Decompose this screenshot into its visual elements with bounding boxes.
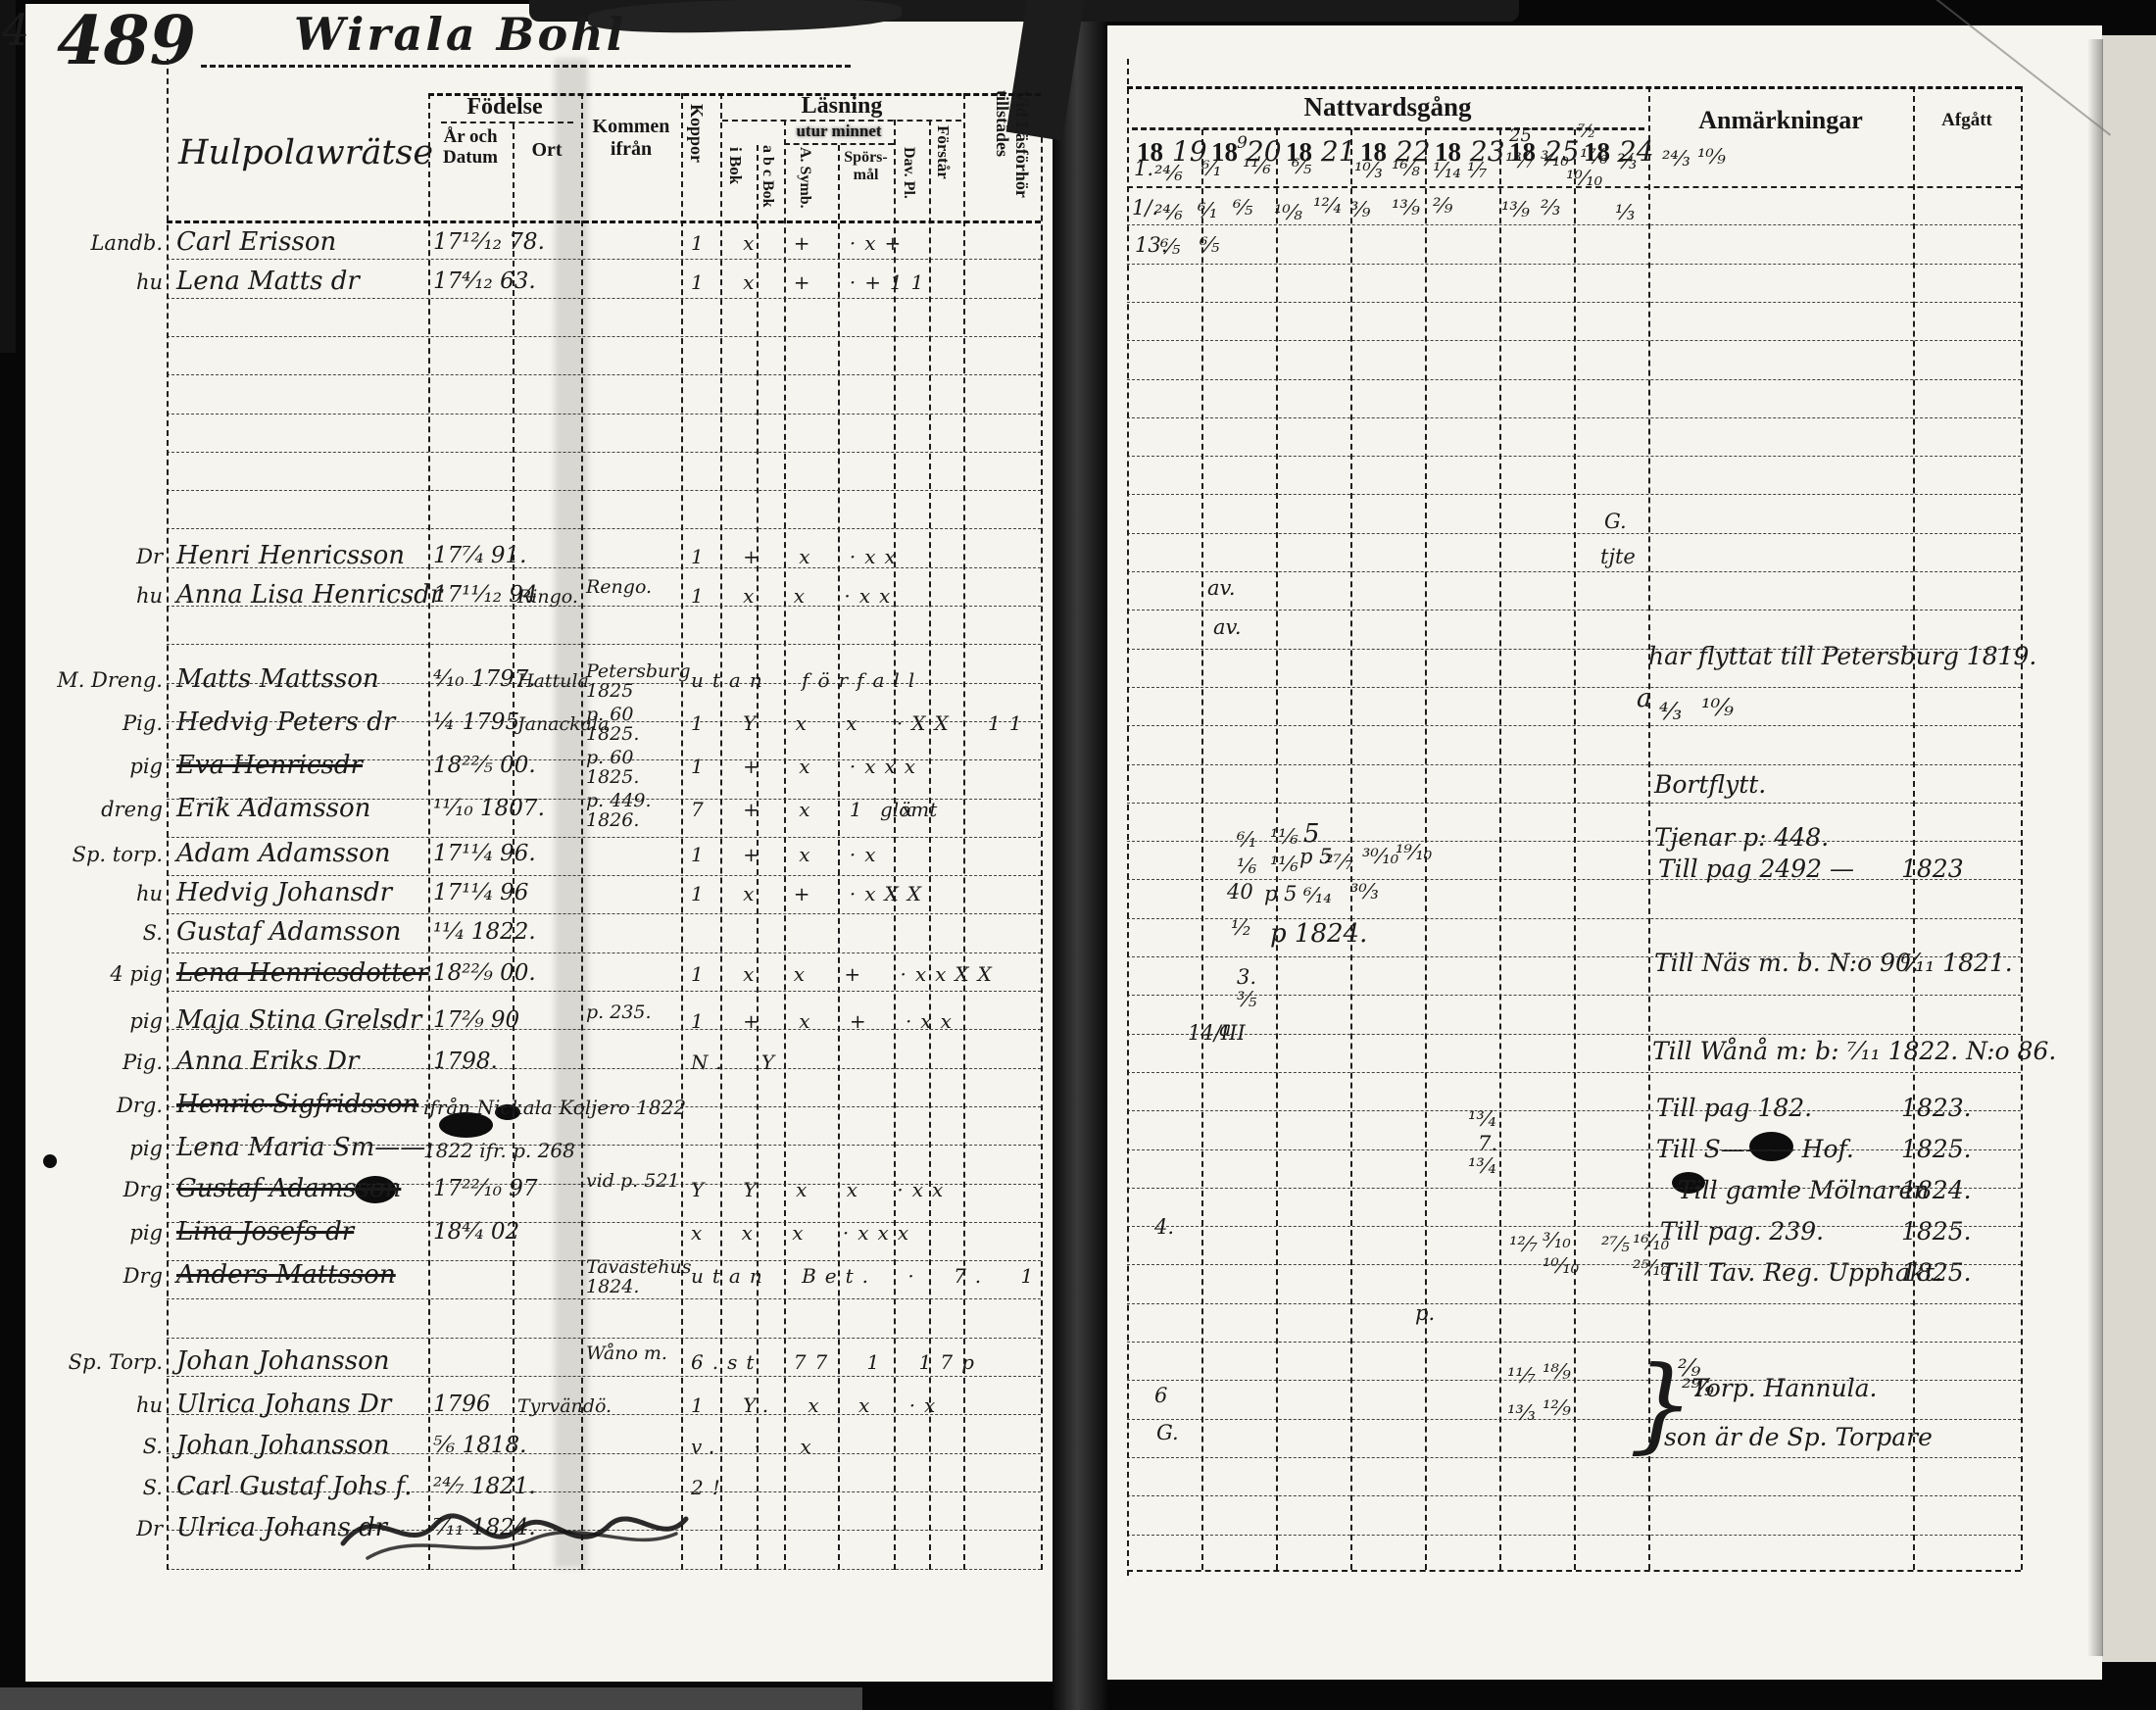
grid-line xyxy=(1127,86,2021,89)
handwritten-mark: 6 xyxy=(1154,1384,1167,1407)
header-i-bok: i Bok xyxy=(725,147,745,220)
handwritten-mark: ¹⁰⁄₃ xyxy=(1354,159,1383,182)
entry-birth-date: 18²²⁄₅ 00. xyxy=(433,753,536,778)
header-sporsmal: Spörs- mål xyxy=(838,149,894,185)
grid-row-line xyxy=(167,953,1041,953)
handwritten-mark: ²⁷⁄₅ xyxy=(1601,1233,1630,1256)
grid-row-line xyxy=(167,490,1041,491)
entry-name: Lena Henricsdotter xyxy=(176,958,429,988)
page-number: 489 xyxy=(57,2,196,80)
handwritten-mark: G. xyxy=(1156,1421,1179,1444)
handwritten-mark: G. xyxy=(1604,510,1627,533)
grid-row-line xyxy=(167,336,1041,337)
entry-reading-marks: 1 x x ·xx xyxy=(691,584,899,608)
entry-birth-place: Ringo. xyxy=(517,586,578,608)
handwritten-mark: ⁷⁄₂ xyxy=(1578,122,1594,142)
handwritten-mark: ⁶⁄₁₄ xyxy=(1303,884,1332,907)
grid-row-line xyxy=(1127,1226,2021,1227)
handwritten-mark: ¹³⁄₃ xyxy=(1507,1401,1536,1425)
annotation-year: 1825. xyxy=(1901,1135,1972,1163)
grid-row-line xyxy=(1127,533,2021,534)
entry-came-from: p. 60 1825. xyxy=(586,749,680,788)
handwritten-mark: ¹⁸⁄₉ xyxy=(1543,1360,1571,1384)
handwritten-mark: ¹⁰⁄₈ xyxy=(1274,201,1302,224)
entry-margin-status: hu xyxy=(55,584,163,608)
entry-name: Henric Sigfridsson xyxy=(176,1090,418,1119)
entry-margin-status: S. xyxy=(55,1476,163,1499)
handwritten-mark: ⁶⁄₅ xyxy=(1160,235,1180,259)
entry-margin-status: S. xyxy=(55,1435,163,1458)
entry-came-from: p. 60 1825. xyxy=(586,706,680,745)
handwritten-mark: ⁶⁄₅ xyxy=(1200,233,1219,257)
grid-row-line xyxy=(167,374,1041,375)
handwritten-mark: ¹⁰⁄₉ xyxy=(1697,145,1726,169)
grid-line xyxy=(681,93,683,1570)
entry-birth-date: 1798. xyxy=(433,1049,498,1074)
handwritten-mark: 4 xyxy=(2,6,29,56)
entry-reading-marks: 1 x + ·+11 xyxy=(691,270,932,294)
entry-reading-marks: 1 x x + ·xxXX xyxy=(691,962,1001,986)
grid-row-line xyxy=(1127,340,2021,341)
grid-row-line xyxy=(167,1376,1041,1377)
handwritten-mark: ²⁄₃ xyxy=(1541,196,1560,220)
grid-line xyxy=(1499,129,1501,1570)
handwritten-mark: ¹⁄₇ xyxy=(1467,159,1487,182)
grid-line xyxy=(720,93,722,1570)
grid-line xyxy=(428,93,1041,96)
entry-name: Gustaf Adamsson xyxy=(176,917,401,947)
handwritten-mark: 3. xyxy=(1237,965,1256,989)
annotation-text: Till pag 182. xyxy=(1656,1094,1812,1122)
annotation-text: Torp. Hannula. xyxy=(1691,1374,1878,1402)
grid-row-line xyxy=(1127,494,2021,495)
header-ort: Ort xyxy=(513,139,581,162)
entry-margin-status: Drg. xyxy=(55,1094,163,1117)
handwritten-mark: av. xyxy=(1213,615,1242,639)
entry-name: Johan Johansson xyxy=(176,1346,389,1376)
entry-birth-date: 17⁷⁄₄ 91. xyxy=(433,543,526,568)
handwritten-mark: av. xyxy=(1207,576,1236,600)
handwritten-mark: a xyxy=(1637,684,1652,713)
annotation-text: Till Wånå m: b: ⁷⁄₁₁ 1822. N:o 86. xyxy=(1652,1037,2056,1065)
grid-row-line xyxy=(1127,803,2021,804)
handwritten-mark: 4. xyxy=(1154,1215,1174,1239)
handwritten-mark: 7. xyxy=(1478,1132,1497,1155)
annotation-year: 1823. xyxy=(1901,1094,1972,1122)
entry-name: Gustaf Adamsson xyxy=(176,1174,401,1203)
annotation-year: 1825. xyxy=(1901,1258,1972,1287)
entry-name: Anders Mattsson xyxy=(176,1260,396,1290)
grid-row-line xyxy=(1127,1535,2021,1536)
handwritten-mark: ³⁄₉ xyxy=(1350,198,1370,221)
grid-row-line xyxy=(167,1569,1041,1570)
handwritten-mark: ¹³⁄₉ xyxy=(1392,196,1420,220)
entry-birth-date: 17¹¹⁄₄ 96 xyxy=(433,880,528,905)
handwritten-mark: ³⁄₁₀ xyxy=(1541,147,1569,171)
handwritten-mark: ²⁄₉ xyxy=(1433,194,1452,218)
handwritten-mark: ¹⁶⁄₁₀ xyxy=(1633,1231,1669,1254)
page-title: Wirala Bohl xyxy=(294,8,626,61)
handwritten-mark: ¹⁰⁄₁₀ xyxy=(1543,1254,1579,1278)
entry-came-from: p. 235. xyxy=(586,1003,680,1023)
handwritten-mark: ¹²⁄₇ xyxy=(1509,1233,1538,1256)
nattvardsgang-underline xyxy=(1132,127,1644,130)
annotation-text: har flyttat till Petersburg 1819. xyxy=(1648,642,2036,670)
handwritten-mark: 25 xyxy=(1509,125,1532,146)
header-anmarkningar: Anmärkningar xyxy=(1648,106,1913,135)
grid-row-line xyxy=(1127,379,2021,380)
grid-row-line xyxy=(167,913,1041,914)
entry-name: Maja Stina Grelsdr xyxy=(176,1005,421,1035)
annotation-text: Till Tav. Reg. Upphakt. xyxy=(1660,1258,1942,1287)
handwritten-mark: ²⁴⁄₆ xyxy=(1154,201,1183,224)
entry-birth-date: ⁵⁄₆ 1818. xyxy=(433,1433,526,1458)
entry-birth-place: Hattula xyxy=(517,670,589,692)
entry-reading-marks: 1 Y x x ·XX 11 xyxy=(691,711,1031,735)
grid-row-line xyxy=(1127,456,2021,457)
entry-birth-date: ¹¹⁄₄ 1822. xyxy=(433,919,536,945)
handwritten-mark: 14/III xyxy=(1188,1021,1246,1045)
entry-name: Hedvig Peters dr xyxy=(176,708,395,737)
gutter-shadow xyxy=(1053,0,1107,1710)
entry-margin-status: S. xyxy=(55,921,163,945)
grid-line xyxy=(428,93,430,1570)
entry-reading-marks: 1 Y. x x ·x xyxy=(691,1393,944,1417)
handwritten-mark: p 1824. xyxy=(1270,919,1367,949)
entry-name: Matts Mattsson xyxy=(176,664,379,694)
annotation-text: Till Näs m. b. N:o 90. xyxy=(1654,949,1919,977)
grid-row-line xyxy=(1127,764,2021,765)
annotation-text: Till pag. 239. xyxy=(1660,1217,1824,1246)
header-kommen-ifran: Kommen ifrån xyxy=(581,116,681,161)
ink-scribble xyxy=(338,1490,691,1568)
entry-reading-marks: x x x ·xxx xyxy=(691,1221,917,1245)
handwritten-mark: ⁶⁄₁ xyxy=(1237,828,1256,852)
handwritten-mark: ⁶⁄₅ xyxy=(1292,155,1311,178)
header-fodelse: Födelse xyxy=(428,94,581,121)
household-header: Hulpolawrätse xyxy=(178,133,433,172)
entry-reading-marks: 1 + x + ·xx xyxy=(691,1009,960,1033)
entry-name: Lena Matts dr xyxy=(176,267,360,296)
entry-came-from: p. 449. 1826. xyxy=(586,792,680,831)
title-underline xyxy=(201,65,851,68)
entry-birth-date: 17²²⁄₁₀ 97 xyxy=(433,1176,538,1201)
header-utur-minnet: utur minnet xyxy=(784,122,894,141)
entry-name: Eva Henricsdr xyxy=(176,751,363,780)
header-nattvardsgang: Nattvardsgång xyxy=(1127,92,1648,122)
entry-name: Hedvig Johansdr xyxy=(176,878,392,907)
grid-row-line xyxy=(1127,1342,2021,1343)
grid-row-line xyxy=(167,259,1041,260)
entry-reading-marks: 2! xyxy=(691,1476,729,1499)
handwritten-mark: ¹³⁄₄ xyxy=(1468,1154,1496,1178)
handwritten-mark: ³⁄₁₀ xyxy=(1543,1229,1571,1252)
annotation-year: 1823 xyxy=(1901,855,1964,883)
header-vid-lasforhor: Vid Läsförhör tillstädes xyxy=(976,90,1031,218)
grid-line xyxy=(167,220,1041,223)
header-ar-och-datum: År och Datum xyxy=(428,127,513,169)
entry-reading-marks: N. Y xyxy=(691,1050,783,1074)
grid-row-line xyxy=(1127,1110,2021,1111)
handwritten-mark: ²⁵⁄₁₀ xyxy=(1633,1256,1669,1280)
annotation-text: Till pag 2492 — xyxy=(1658,855,1854,883)
entry-birth-date: 17¹¹⁄₄ 96. xyxy=(433,841,536,866)
handwritten-mark: ¹⁹⁄₁₀ xyxy=(1396,841,1432,864)
grid-row-line xyxy=(1127,264,2021,265)
handwritten-mark: ¹³⁄₇ xyxy=(1505,149,1534,172)
handwritten-mark: 40 xyxy=(1227,880,1253,904)
header-forstar: Förstår xyxy=(933,125,953,220)
annotation-year: 1825. xyxy=(1901,1217,1972,1246)
handwritten-mark: a xyxy=(1219,1017,1232,1041)
entry-reading-marks: 1 x + ·xXX xyxy=(691,882,930,905)
grid-row-line xyxy=(167,644,1041,645)
entry-birth-date: ¼ 1795 xyxy=(433,709,519,735)
handwritten-mark: ⁴⁄₃ xyxy=(1659,698,1682,725)
handwritten-mark: ¹¹⁄₆ xyxy=(1243,155,1271,178)
grid-row-line xyxy=(1127,1457,2021,1458)
entry-birth-date: 1796 xyxy=(433,1392,491,1417)
header-lasning: Läsning xyxy=(720,93,963,120)
entry-margin-status: pig xyxy=(55,1221,163,1245)
handwritten-mark: ¹⁰⁄₉ xyxy=(1701,694,1734,721)
handwritten-mark: ³⁄₅ xyxy=(1237,988,1256,1011)
annotation-text: Till gamle Mölnaren xyxy=(1678,1176,1929,1204)
header-afgatt: Afgått xyxy=(1913,110,2021,131)
grid-row-line xyxy=(167,991,1041,992)
annotation-text: Bortflytt. xyxy=(1654,770,1766,799)
entry-birth-date: 18²²⁄₉ 00. xyxy=(433,960,536,986)
entry-margin-status: Dr xyxy=(55,1517,163,1540)
handwritten-mark: ¹³⁄₄ xyxy=(1468,1107,1496,1131)
bottom-band xyxy=(0,1687,862,1710)
handwritten-mark: ¹⁰⁄₁₀ xyxy=(1566,167,1602,190)
handwritten-mark: ¹²⁄₄ xyxy=(1313,194,1342,218)
grid-line xyxy=(1574,129,1576,1570)
grid-line xyxy=(1127,59,1129,1576)
entry-name: Carl Erisson xyxy=(176,227,336,257)
entry-margin-status: pig xyxy=(55,755,163,778)
grid-line xyxy=(1350,129,1352,1570)
right-page xyxy=(1105,25,2102,1680)
grid-row-line xyxy=(1127,417,2021,418)
entry-margin-status: hu xyxy=(55,882,163,905)
grid-row-line xyxy=(1127,224,2021,225)
grid-row-line xyxy=(1127,687,2021,688)
handwritten-mark: ¹³⁄₉ xyxy=(1501,198,1530,221)
handwritten-mark: ¹¹⁄₆ xyxy=(1270,853,1298,876)
grid-line xyxy=(1127,1570,2021,1572)
grid-row-line xyxy=(1127,1380,2021,1381)
handwritten-mark: ³⁰⁄₁₀ xyxy=(1362,845,1398,868)
entry-birth-date: 17⁴⁄₁₂ 63. xyxy=(433,269,536,294)
entry-name: Lena Maria Sm—— xyxy=(176,1133,425,1162)
entry-name: Henri Henricsson xyxy=(176,541,405,570)
entry-margin-status: Dr xyxy=(55,545,163,568)
header-a-symb: A. Symb. xyxy=(796,147,813,220)
grid-line xyxy=(1276,129,1278,1570)
handwritten-mark: 9 xyxy=(1237,133,1248,153)
entry-reading-marks: utan förfall xyxy=(691,668,923,692)
grid-line xyxy=(167,59,169,1570)
entry-margin-status: dreng xyxy=(55,798,163,821)
grid-row-line xyxy=(167,1298,1041,1299)
handwritten-mark: ¹⁄₆ xyxy=(1237,855,1256,878)
entry-came-from: Wåno m. xyxy=(586,1344,680,1364)
grid-row-line xyxy=(167,875,1041,876)
annotation-year: ⁶⁄₁₁ 1821. xyxy=(1901,949,2013,977)
entry-birth-date: 17¹²⁄₁₂ 78. xyxy=(433,229,545,255)
handwritten-mark: ¹¹⁄₆ xyxy=(1270,825,1298,849)
entry-reading-marks: 1 + x ·xx xyxy=(691,545,905,568)
handwritten-mark: ³⁰⁄₃ xyxy=(1350,880,1379,904)
year-handwritten: 21 xyxy=(1312,135,1356,168)
entry-margin-status: Drg xyxy=(55,1264,163,1288)
grid-row-line xyxy=(167,452,1041,453)
entry-reading-marks: 1 + x ·x xyxy=(691,843,884,866)
handwritten-mark: ¹¹⁄₇ xyxy=(1507,1364,1536,1388)
entry-came-from: Rengo. xyxy=(586,578,680,598)
entry-birth-place: Tyrvändö. xyxy=(517,1395,612,1417)
grid-row-line xyxy=(1127,1303,2021,1304)
grid-row-line xyxy=(1127,841,2021,842)
entry-name: Anna Lisa Henricsdr xyxy=(176,580,442,610)
grid-row-line xyxy=(167,414,1041,415)
handwritten-mark: } xyxy=(1629,1344,1694,1464)
header-koppor: Koppor xyxy=(686,104,707,221)
annotation-text: Till S——— Hof. xyxy=(1656,1135,1854,1163)
grid-row-line xyxy=(1127,571,2021,572)
entry-birth-date: ¹¹⁄₁₀ 1807. xyxy=(433,796,545,821)
entry-margin-status: Pig. xyxy=(55,1050,163,1074)
handwritten-mark: p. xyxy=(1415,1301,1435,1325)
handwritten-mark: ¹⁄₂ xyxy=(1231,916,1250,940)
handwritten-mark: ¹⁄₃ xyxy=(1615,201,1635,224)
entry-reading-marks: 6.st 77 1 17p xyxy=(691,1350,983,1374)
entry-reading-marks: utan Bet. · 7. 1 xyxy=(691,1264,1042,1288)
grid-row-line xyxy=(167,1338,1041,1339)
entry-reading-marks: 1 x + ·x+ xyxy=(691,231,909,255)
entry-name: Adam Adamsson xyxy=(176,839,391,868)
handwritten-mark: ²⁴⁄₆ xyxy=(1154,162,1183,185)
grid-row-line xyxy=(1127,725,2021,726)
grid-row-line xyxy=(1127,1072,2021,1073)
entry-name: Anna Eriks Dr xyxy=(176,1047,359,1076)
handwritten-mark: ¹⁄₁₄ xyxy=(1433,159,1461,182)
annotation-year: 1824. xyxy=(1901,1176,1972,1204)
entry-margin-status: hu xyxy=(55,1393,163,1417)
grid-line xyxy=(1201,129,1203,1570)
grid-row-line xyxy=(1127,1495,2021,1496)
handwritten-mark: ⁶⁄₁ xyxy=(1198,199,1217,222)
entry-name: Ulrica Johans Dr xyxy=(176,1390,391,1419)
entry-name: Erik Adamsson xyxy=(176,794,370,823)
entry-came-from: vid p. 521 xyxy=(586,1172,680,1192)
entry-reading-marks: Y Y x x ·xx xyxy=(691,1178,952,1201)
fodelse-underline xyxy=(441,122,573,123)
grid-line xyxy=(581,93,583,1570)
entry-birth-date: 18⁴⁄₄ 02 xyxy=(433,1219,519,1245)
entry-note: ifrån Nickala Koljero 1822 xyxy=(423,1096,686,1119)
grid-row-line xyxy=(1127,918,2021,919)
entry-came-from: Petersburg 1825 xyxy=(586,662,680,702)
entry-margin-status: 4 pig xyxy=(55,962,163,986)
annotation-text: son är de Sp. Torpare xyxy=(1664,1423,1933,1451)
entry-note: 1822 ifr. p. 268 xyxy=(423,1139,575,1162)
grid-row-line xyxy=(1127,302,2021,303)
grid-line xyxy=(963,93,965,1570)
grid-row-line xyxy=(1127,1419,2021,1420)
handwritten-mark: 1. xyxy=(1134,157,1153,180)
handwritten-mark: ¹⁷⁄₆ xyxy=(1580,145,1608,169)
entry-margin-status: M. Dreng. xyxy=(55,668,163,692)
grid-row-line xyxy=(167,837,1041,838)
entry-margin-status: Sp. torp. xyxy=(55,843,163,866)
handwritten-mark: ⁶⁄₁ xyxy=(1201,157,1221,180)
grid-row-line xyxy=(167,528,1041,529)
entry-came-from: Tavastehus 1824. xyxy=(586,1258,680,1297)
scanned-parish-register-spread: 489 Wirala Bohl Hulpolawrätse Födelse År… xyxy=(0,0,2156,1710)
entry-name: Johan Johansson xyxy=(176,1431,389,1460)
right-page-edge xyxy=(2102,35,2156,1662)
handwritten-mark: tjte xyxy=(1600,545,1636,568)
grid-row-line xyxy=(1127,1034,2021,1035)
grid-row-line xyxy=(1127,995,2021,996)
handwritten-mark: ²⁄₃ xyxy=(1617,150,1637,173)
entry-reading-marks: v. · x xyxy=(691,1435,820,1458)
grid-row-line xyxy=(1127,610,2021,611)
entry-margin-status: pig xyxy=(55,1009,163,1033)
handwritten-mark: ⁶⁄₅ xyxy=(1233,196,1252,220)
grid-row-line xyxy=(1127,879,2021,880)
handwritten-mark: ²⁴⁄₃ xyxy=(1662,147,1690,171)
entry-margin-status: pig xyxy=(55,1137,163,1160)
grid-line xyxy=(2021,86,2023,1570)
entry-extra-note: glömt xyxy=(880,798,937,821)
handwritten-mark: ¹⁶⁄₈ xyxy=(1392,157,1420,180)
handwritten-mark: p 5 xyxy=(1264,882,1297,905)
header-abc-bok: a b c Bok xyxy=(759,145,776,221)
entry-margin-status: Pig. xyxy=(55,711,163,735)
grid-row-line xyxy=(167,298,1041,299)
entry-margin-status: Landb. xyxy=(55,231,163,255)
entry-name: Lina Josefs dr xyxy=(176,1217,354,1246)
handwritten-mark: ²⁷⁄₇ xyxy=(1325,851,1353,874)
grid-line xyxy=(1913,86,1915,1570)
grid-line xyxy=(1041,59,1043,1570)
entry-margin-status: hu xyxy=(55,270,163,294)
entry-margin-status: Drg xyxy=(55,1178,163,1201)
grid-row-line xyxy=(1127,1149,2021,1150)
entry-reading-marks: 1 + x ·xxx xyxy=(691,755,924,778)
handwritten-mark: ¹²⁄₉ xyxy=(1543,1396,1571,1420)
entry-margin-status: Sp. Torp. xyxy=(55,1350,163,1374)
header-dav-pl: Dav. Pl. xyxy=(900,147,917,220)
entry-birth-date: 17²⁄₉ 90 xyxy=(433,1007,519,1033)
annotation-text: Tjenar p: 448. xyxy=(1654,823,1829,852)
